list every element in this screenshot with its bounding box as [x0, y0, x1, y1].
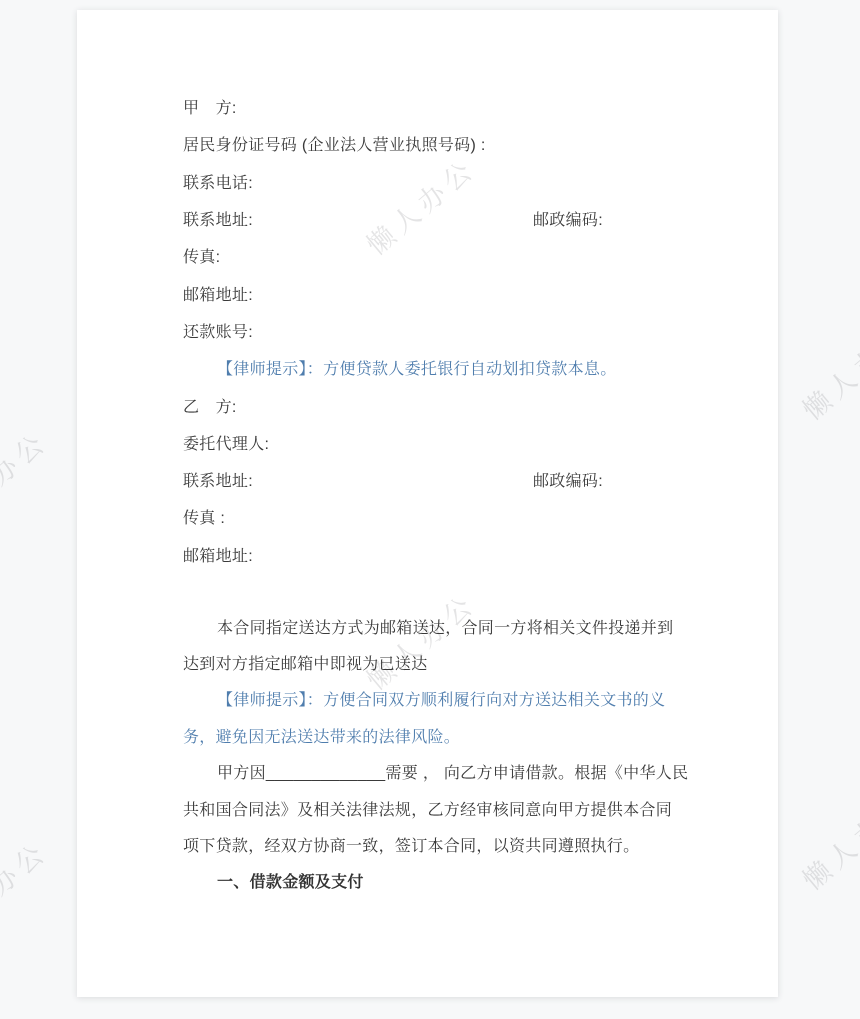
party-a-email-field: 邮箱地址:: [183, 274, 675, 311]
party-a-id-label: 居民身份证号码 (企业法人营业执照号码) :: [183, 132, 486, 155]
party-a-name-field: 甲 方:: [183, 88, 675, 125]
watermark-text: 懒人办公: [793, 783, 860, 898]
party-a-fax-field: 传真:: [183, 237, 675, 274]
lawyer-tip-1-text: 【律师提示】：方便贷款人委托银行自动划扣贷款本息。: [217, 356, 617, 379]
section-gap: [183, 573, 675, 608]
section-heading: 一、借款金额及支付: [183, 863, 675, 899]
preamble-line-3: 项下贷款，经双方协商一致，签订本合同，以资共同遵照执行。: [183, 826, 675, 862]
party-b-fax-label: 传真 :: [183, 505, 225, 528]
party-a-email-label: 邮箱地址:: [183, 282, 253, 305]
lawyer-tip-1: 【律师提示】：方便贷款人委托银行自动划扣贷款本息。: [183, 349, 675, 386]
party-a-repayment-account-label: 还款账号:: [183, 319, 253, 342]
party-b-fax-field: 传真 :: [183, 498, 675, 535]
party-b-email-label: 邮箱地址:: [183, 543, 253, 566]
party-a-address-label: 联系地址:: [183, 207, 253, 230]
party-a-phone-field: 联系电话:: [183, 163, 675, 200]
party-a-name-label: 甲 方:: [183, 95, 237, 118]
lawyer-tip-2-line-2: 务，避免因无法送达带来的法律风险。: [183, 717, 675, 753]
delivery-clause-line-2: 达到对方指定邮箱中即视为已送达: [183, 644, 675, 680]
party-a-address-field: 联系地址: 邮政编码:: [183, 200, 675, 237]
watermark-text: 懒人办公: [793, 313, 860, 428]
party-a-repayment-account-field: 还款账号:: [183, 312, 675, 349]
preamble-line-2: 共和国合同法》及相关法律法规，乙方经审核同意向甲方提供本合同: [183, 790, 675, 826]
party-b-address-field: 联系地址: 邮政编码:: [183, 461, 675, 498]
party-b-name-field: 乙 方:: [183, 386, 675, 423]
party-a-id-field: 居民身份证号码 (企业法人营业执照号码) :: [183, 125, 675, 162]
contract-body: 甲 方: 居民身份证号码 (企业法人营业执照号码) : 联系电话: 联系地址: …: [183, 88, 675, 899]
party-b-postcode-label: 邮政编码:: [533, 468, 603, 491]
lawyer-tip-2-line-1: 【律师提示】：方便合同双方顺利履行向对方送达相关文书的义: [183, 681, 675, 717]
preamble-line-1: 甲方因_____________需要 ， 向乙方申请借款。根据《中华人民: [183, 753, 675, 789]
party-a-phone-label: 联系电话:: [183, 170, 253, 193]
party-b-agent-label: 委托代理人:: [183, 431, 269, 454]
watermark-text: 懒人办公: [0, 831, 55, 946]
app-background: { "watermark": { "text": "懒人办公" }, "colo…: [0, 0, 860, 1019]
delivery-clause-line-1: 本合同指定送达方式为邮箱送达，合同一方将相关文件投递并到: [183, 608, 675, 644]
party-b-agent-field: 委托代理人:: [183, 424, 675, 461]
party-a-postcode-label: 邮政编码:: [533, 207, 603, 230]
party-b-address-label: 联系地址:: [183, 468, 253, 491]
party-b-email-field: 邮箱地址:: [183, 536, 675, 573]
party-b-name-label: 乙 方:: [183, 394, 237, 417]
watermark-text: 懒人办公: [0, 421, 55, 536]
party-a-fax-label: 传真:: [183, 244, 220, 267]
